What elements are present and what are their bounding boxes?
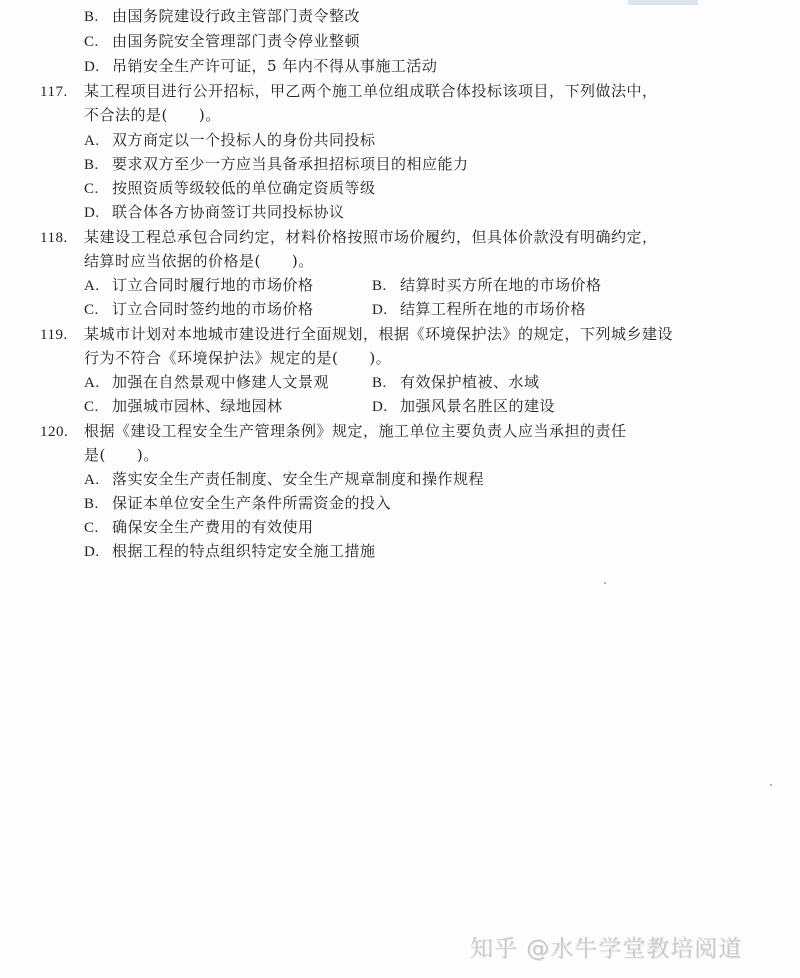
question-stem: 某建设工程总承包合同约定，材料价格按照市场价履约，但具体价款没有明确约定， — [84, 228, 658, 246]
question-119-stem-line2: 行为不符合《环境保护法》规定的是( )。 — [84, 347, 391, 369]
option-letter: D. — [372, 299, 400, 321]
q118-option-b: B.结算时买方所在地的市场价格 — [372, 274, 602, 297]
question-118-stem-line2: 结算时应当依据的价格是( )。 — [84, 250, 314, 272]
question-120-stem-line1: 120.根据《建设工程安全生产管理条例》规定，施工单位主要负责人应当承担的责任 — [40, 420, 627, 443]
q118-options-row1: A.订立合同时履行地的市场价格 B.结算时买方所在地的市场价格 — [84, 274, 684, 297]
watermark: 知乎 @水牛学堂教培阅道 — [470, 930, 742, 963]
option-text: 加强风景名胜区的建设 — [400, 397, 555, 415]
option-text: 订立合同时履行地的市场价格 — [112, 276, 314, 294]
q118-options-row2: C.订立合同时签约地的市场价格 D.结算工程所在地的市场价格 — [84, 298, 684, 321]
q117-option-b: B.要求双方至少一方应当具备承担招标项目的相应能力 — [84, 153, 469, 176]
corner-mark — [628, 0, 698, 5]
option-letter: A. — [84, 372, 112, 394]
q118-option-c: C.订立合同时签约地的市场价格 — [84, 300, 314, 318]
option-letter: C. — [84, 31, 112, 53]
option-letter: B. — [372, 275, 400, 297]
option-letter: D. — [84, 56, 112, 78]
option-letter: C. — [84, 396, 112, 418]
option-text: 由国务院安全管理部门责令停业整顿 — [112, 32, 360, 50]
question-number: 120. — [40, 421, 84, 443]
option-text: 有效保护植被、水域 — [400, 373, 540, 391]
question-number: 119. — [40, 324, 84, 346]
option-letter: C. — [84, 517, 112, 539]
q117-option-d: D.联合体各方协商签订共同投标协议 — [84, 201, 345, 224]
question-118-stem-line1: 118.某建设工程总承包合同约定，材料价格按照市场价履约，但具体价款没有明确约定… — [40, 226, 658, 249]
exam-page: B.由国务院建设行政主管部门责令整改 C.由国务院安全管理部门责令停业整顿 D.… — [0, 0, 800, 978]
q119-option-c: C.加强城市园林、绿地园林 — [84, 397, 283, 415]
option-letter: D. — [372, 396, 400, 418]
q119-options-row1: A.加强在自然景观中修建人文景观 B.有效保护植被、水域 — [84, 371, 684, 394]
option-letter: A. — [84, 275, 112, 297]
option-text: 结算工程所在地的市场价格 — [400, 300, 586, 318]
option-text: 落实安全生产责任制度、安全生产规章制度和操作规程 — [112, 470, 484, 488]
question-number: 118. — [40, 227, 84, 249]
q118-option-d: D.结算工程所在地的市场价格 — [372, 298, 586, 321]
q120-option-b: B.保证本单位安全生产条件所需资金的投入 — [84, 492, 391, 515]
q119-option-a: A.加强在自然景观中修建人文景观 — [84, 373, 329, 391]
q119-option-d: D.加强风景名胜区的建设 — [372, 395, 555, 418]
option-text: 确保安全生产费用的有效使用 — [112, 518, 314, 536]
q120-option-a: A.落实安全生产责任制度、安全生产规章制度和操作规程 — [84, 468, 484, 491]
option-letter: B. — [84, 6, 112, 28]
option-text: 按照资质等级较低的单位确定资质等级 — [112, 179, 376, 197]
prev-option-c: C.由国务院安全管理部门责令停业整顿 — [84, 30, 360, 53]
option-text: 订立合同时签约地的市场价格 — [112, 300, 314, 318]
option-text: 加强在自然景观中修建人文景观 — [112, 373, 329, 391]
option-letter: A. — [84, 130, 112, 152]
option-text: 根据工程的特点组织特定安全施工措施 — [112, 542, 376, 560]
option-text: 要求双方至少一方应当具备承担招标项目的相应能力 — [112, 155, 469, 173]
q120-option-d: D.根据工程的特点组织特定安全施工措施 — [84, 540, 376, 563]
question-stem: 某工程项目进行公开招标，甲乙两个施工单位组成联合体投标该项目，下列做法中， — [84, 82, 658, 100]
option-letter: B. — [84, 154, 112, 176]
option-letter: D. — [84, 541, 112, 563]
option-letter: B. — [372, 372, 400, 394]
question-117-stem-line2: 不合法的是( )。 — [84, 104, 221, 126]
option-letter: D. — [84, 202, 112, 224]
q120-option-c: C.确保安全生产费用的有效使用 — [84, 516, 314, 539]
option-text: 由国务院建设行政主管部门责令整改 — [112, 7, 360, 25]
prev-option-b: B.由国务院建设行政主管部门责令整改 — [84, 5, 360, 28]
option-text: 吊销安全生产许可证，5 年内不得从事施工活动 — [112, 57, 437, 75]
question-119-stem-line1: 119.某城市计划对本地城市建设进行全面规划，根据《环境保护法》的规定，下列城乡… — [40, 323, 673, 346]
q118-option-a: A.订立合同时履行地的市场价格 — [84, 276, 314, 294]
question-stem: 根据《建设工程安全生产管理条例》规定，施工单位主要负责人应当承担的责任 — [84, 422, 627, 440]
option-text: 联合体各方协商签订共同投标协议 — [112, 203, 345, 221]
option-letter: C. — [84, 178, 112, 200]
option-text: 双方商定以一个投标人的身份共同投标 — [112, 131, 376, 149]
question-117-stem-line1: 117.某工程项目进行公开招标，甲乙两个施工单位组成联合体投标该项目，下列做法中… — [40, 80, 658, 103]
option-letter: A. — [84, 469, 112, 491]
scan-speck — [770, 784, 772, 786]
question-120-stem-line2: 是( )。 — [84, 444, 159, 466]
q119-options-row2: C.加强城市园林、绿地园林 D.加强风景名胜区的建设 — [84, 395, 684, 418]
prev-option-d: D.吊销安全生产许可证，5 年内不得从事施工活动 — [84, 55, 437, 78]
q117-option-a: A.双方商定以一个投标人的身份共同投标 — [84, 129, 376, 152]
scan-speck — [604, 582, 606, 584]
option-text: 结算时买方所在地的市场价格 — [400, 276, 602, 294]
question-stem: 某城市计划对本地城市建设进行全面规划，根据《环境保护法》的规定，下列城乡建设 — [84, 325, 673, 343]
option-text: 保证本单位安全生产条件所需资金的投入 — [112, 494, 391, 512]
q117-option-c: C.按照资质等级较低的单位确定资质等级 — [84, 177, 376, 200]
question-number: 117. — [40, 81, 84, 103]
option-letter: C. — [84, 299, 112, 321]
q119-option-b: B.有效保护植被、水域 — [372, 371, 540, 394]
option-letter: B. — [84, 493, 112, 515]
option-text: 加强城市园林、绿地园林 — [112, 397, 283, 415]
